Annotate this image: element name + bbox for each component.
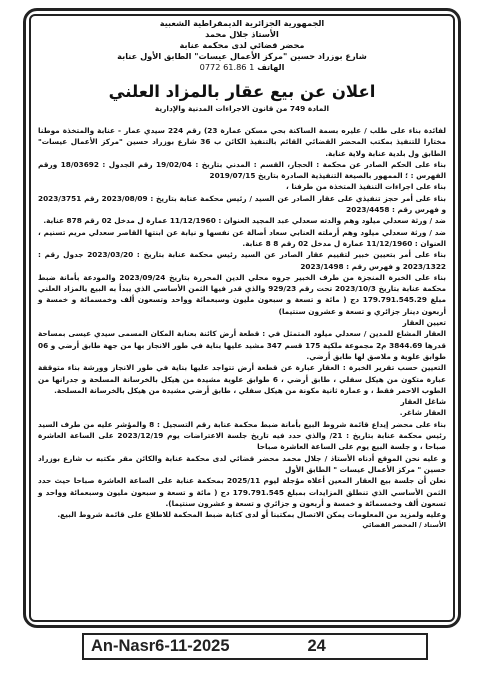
paragraph-procedures: بناء على اجراءات التنفيذ المتخذة من طرفن…	[38, 181, 446, 192]
phone-label: الهاتف	[257, 62, 284, 72]
paragraph-judgment: بناء على الحكم الصادر عن محكمة : الحجار،…	[38, 159, 446, 182]
publication-footer: An-Nasr6-11-2025 24	[82, 633, 428, 660]
paragraph-conditions-deposit: بناء على محضر إيداع قائمة شروط البيع بأم…	[38, 419, 446, 453]
paragraph-against-1: ضد / ورثة سعدلي ميلود وهم والدته سعدلي ع…	[38, 215, 446, 226]
signature: الأستاذ / المحضر القضائي	[38, 520, 446, 530]
phone-number: 0772 61.86 1	[200, 62, 255, 72]
paragraph-bailiff: و عليه نحن الموقع أدناه الأستاذ / جلال م…	[38, 453, 446, 476]
notice-title: اعلان عن بيع عقار بالمزاد العلني	[38, 81, 446, 103]
heading-property-designation: تعيين العقار	[38, 317, 446, 328]
paragraph-seizure-order: بناء على أمر حجز تنفيذي على عقار الصادر …	[38, 193, 446, 216]
header-phone-line: الهاتف 0772 61.86 1	[38, 62, 446, 73]
header-office: محضر قضائي لدى محكمة عنابة	[38, 40, 446, 51]
paragraph-requester: لفائدة بناء على طلب / عليره بسمة الساكنة…	[38, 125, 446, 159]
paragraph-expert-designation: التعيين حسب تقرير الخبرة : العقار عبارة …	[38, 362, 446, 396]
paragraph-expertise: بناء على الخبرة المنجزة من طرف الخبير جر…	[38, 272, 446, 317]
paragraph-contact: وعليه ولمزيد من المعلومات يمكن الاتصال ب…	[38, 509, 446, 520]
legal-notice: الجمهورية الجزائرية الديمقراطية الشعبية …	[38, 18, 446, 530]
header-lawyer-name: الأستاذ جلال محمد	[38, 29, 446, 40]
paragraph-vacant: العقار شاغر.	[38, 407, 446, 418]
paragraph-announcement: نعلن أن جلسة بيع العقار المعين أعلاه مؤج…	[38, 475, 446, 509]
header-address: شارع بوزراد حسين "مركز الأعمال عيسات" ال…	[38, 51, 446, 62]
page-number: 24	[308, 637, 326, 656]
notice-subtitle: المادة 749 من قانون الاجراءات المدنية وا…	[38, 103, 446, 115]
heading-occupant: شاغل العقار	[38, 396, 446, 407]
paragraph-against-2: ضد / ورثة سعدلي ميلود وهم أرملته العنابي…	[38, 227, 446, 250]
paragraph-property: العقار المشاع للمدين / سعدلي ميلود المتم…	[38, 328, 446, 362]
paragraph-expert-order: بناء على أمر بتعيين خبير لتقييم عقار الص…	[38, 249, 446, 272]
publication-date: An-Nasr6-11-2025	[91, 637, 230, 656]
header-republic: الجمهورية الجزائرية الديمقراطية الشعبية	[38, 18, 446, 29]
